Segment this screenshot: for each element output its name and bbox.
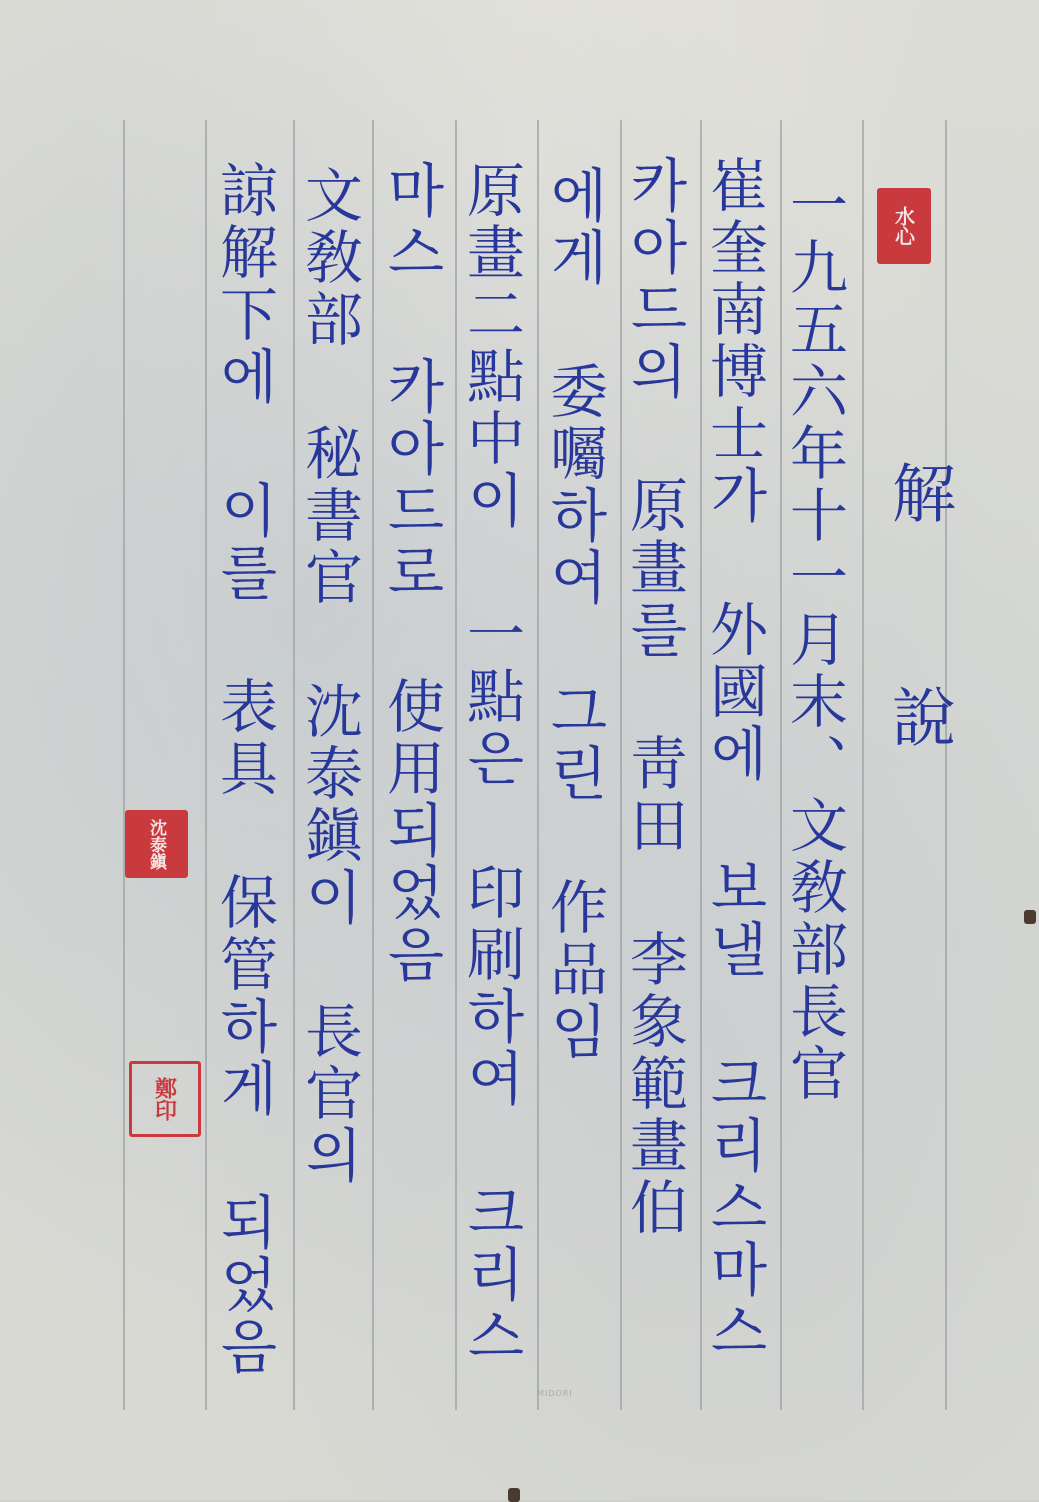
seal-stamp-name: 沈泰鎭	[125, 810, 188, 878]
rule-line	[205, 120, 207, 1410]
text-column-6: 마스 카아드로 使用되었음	[382, 160, 440, 986]
paper-watermark: MIDORI	[537, 1389, 573, 1398]
text-column-4: 에게 委囑하여 그린 作品임	[545, 165, 603, 1063]
manuscript-paper: 解說 一九五六年十一月末、文敎部長官 崔奎南博士가 外國에 보낼 크리스마스 카…	[0, 0, 1039, 1500]
seal-text: 鄭印	[150, 1077, 181, 1121]
seal-stamp-top: 水心	[877, 188, 931, 264]
rule-line	[537, 120, 539, 1410]
seal-stamp-outline: 鄭印	[129, 1061, 201, 1137]
text-column-7: 文敎部 秘書官 沈泰鎭이 長官의	[300, 165, 358, 1187]
text-column-3: 카아드의 原畫를 靑田 李象範畫伯	[625, 155, 683, 1239]
text-column-1: 一九五六年十一月末、文敎部長官	[785, 175, 843, 1105]
seal-text: 水心	[890, 206, 919, 246]
text-column-2: 崔奎南博士가 外國에 보낼 크리스마스	[705, 155, 763, 1363]
rule-line	[372, 120, 374, 1410]
frame-nail-icon	[508, 1488, 520, 1500]
seal-text: 沈泰鎭	[144, 819, 169, 870]
rule-line	[123, 120, 125, 1410]
rule-line	[862, 120, 864, 1410]
document-title: 解說	[872, 460, 964, 908]
frame-nail-icon	[1024, 910, 1036, 924]
text-column-8: 諒解下에 이를 表具 保管하게 되었음	[215, 160, 273, 1378]
text-column-5: 原畫二點中이 一點은 印刷하여 크리스	[462, 160, 520, 1368]
